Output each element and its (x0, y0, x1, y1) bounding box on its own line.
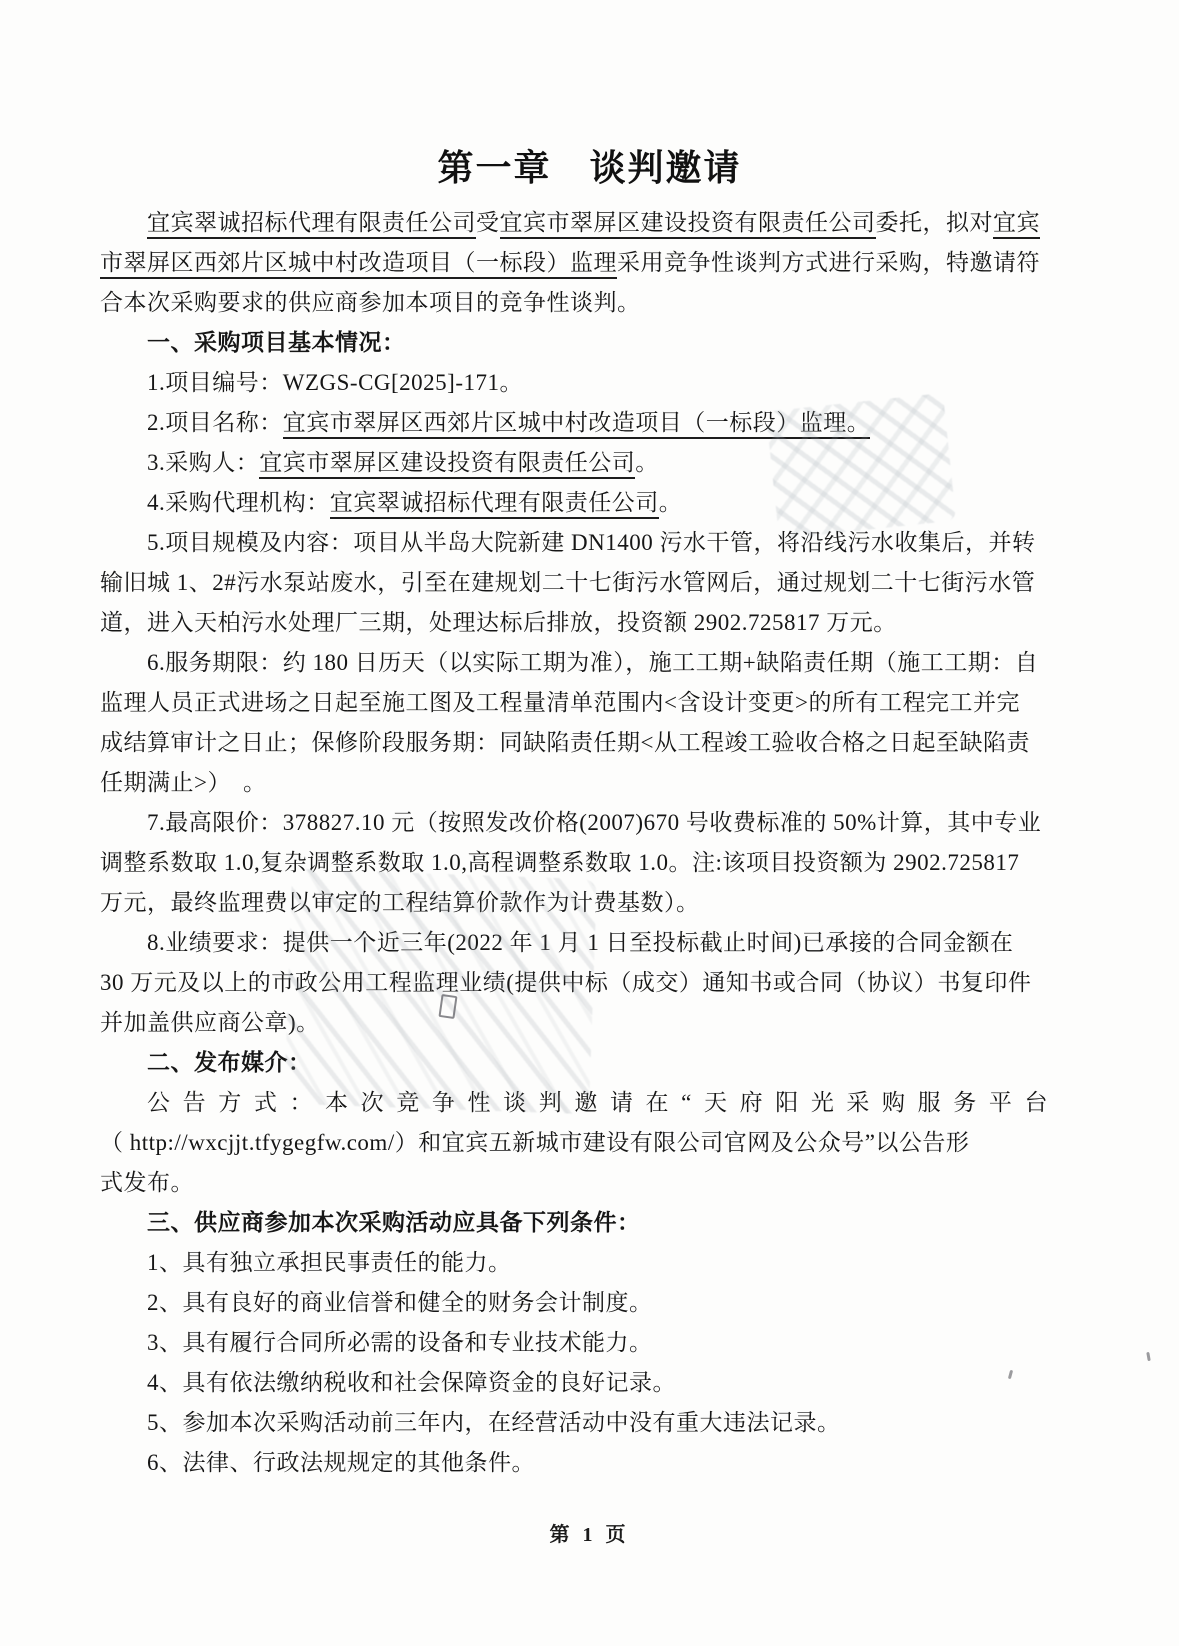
text: 2、具有良好的商业信誉和健全的财务会计制度。 (147, 1290, 653, 1315)
scanned-document-page: 第一章 谈判邀请 宜宾翠诚招标代理有限责任公司受宜宾市翠屏区建设投资有限责任公司… (0, 0, 1179, 1646)
underlined-text: 市翠屏区西郊片区城中村改造项目（一标段）监理 (100, 250, 617, 279)
text-line: 输旧城 1、2#污水泵站废水，引至在建规划二十七街污水管网后，通过规划二十七街污… (100, 563, 1048, 603)
text: 受 (476, 210, 500, 235)
text: 。 (659, 490, 683, 515)
underlined-text: 宜宾市翠屏区西郊片区城中村改造项目（一标段）监理。 (283, 410, 871, 439)
text: 成结算审计之日止；保修阶段服务期：同缺陷责任期<从工程竣工验收合格之日起至缺陷责 (100, 730, 1030, 755)
text: 输旧城 1、2#污水泵站废水，引至在建规划二十七街污水管网后，通过规划二十七街污… (100, 570, 1035, 595)
text: 式发布。 (100, 1170, 194, 1195)
text: 5、参加本次采购活动前三年内，在经营活动中没有重大违法记录。 (147, 1410, 841, 1435)
text: 采用竞争性谈判方式进行采购，特邀请符 (617, 250, 1040, 275)
text-line: 三、供应商参加本次采购活动应具备下列条件： (100, 1203, 1048, 1243)
text-line: 2、具有良好的商业信誉和健全的财务会计制度。 (100, 1283, 1048, 1323)
text-line: 宜宾翠诚招标代理有限责任公司受宜宾市翠屏区建设投资有限责任公司委托，拟对宜宾 (100, 203, 1048, 243)
text: 公告方式：本次竞争性谈判邀请在“天府阳光采购服务平台 (147, 1090, 1048, 1115)
text-line: 监理人员正式进场之日起至施工图及工程量清单范围内<含设计变更>的所有工程完工并完 (100, 683, 1048, 723)
underlined-text: 宜宾翠诚招标代理有限责任公司 (330, 490, 659, 519)
text-line: 公告方式：本次竞争性谈判邀请在“天府阳光采购服务平台 (100, 1083, 1048, 1123)
text: 4.采购代理机构： (147, 490, 330, 515)
text: 6、法律、行政法规规定的其他条件。 (147, 1450, 535, 1475)
page-number: 第 1 页 (0, 1518, 1179, 1547)
underlined-text: 宜宾市翠屏区建设投资有限责任公司 (259, 450, 635, 479)
text: 。 (635, 450, 659, 475)
text-line: 5、参加本次采购活动前三年内，在经营活动中没有重大违法记录。 (100, 1403, 1048, 1443)
text: 4、具有依法缴纳税收和社会保障资金的良好记录。 (147, 1370, 676, 1395)
text-line: 3.采购人：宜宾市翠屏区建设投资有限责任公司。 (100, 443, 1048, 483)
text-line: 1.项目编号：WZGS-CG[2025]-171。 (100, 363, 1048, 403)
text: 三、供应商参加本次采购活动应具备下列条件： (147, 1210, 641, 1235)
text: 调整系数取 1.0,复杂调整系数取 1.0,高程调整系数取 1.0。注:该项目投… (100, 850, 1019, 875)
scan-speck (1146, 1352, 1151, 1361)
text: 5.项目规模及内容：项目从半岛大院新建 DN1400 污水干管，将沿线污水收集后… (147, 530, 1035, 555)
text: 6.服务期限：约 180 日历天（以实际工期为准），施工工期+缺陷责任期（施工工… (147, 650, 1038, 675)
text: 2.项目名称： (147, 410, 283, 435)
text-line: 式发布。 (100, 1163, 1048, 1203)
text: 一、采购项目基本情况： (147, 330, 406, 355)
text-line: 二、发布媒介： (100, 1043, 1048, 1083)
text: 任期满止>） 。 (100, 770, 266, 795)
text: 8.业绩要求：提供一个近三年(2022 年 1 月 1 日至投标截止时间)已承接… (147, 930, 1013, 955)
text-line: 成结算审计之日止；保修阶段服务期：同缺陷责任期<从工程竣工验收合格之日起至缺陷责 (100, 723, 1048, 763)
text-line: （ http://wxcjjt.tfygegfw.com/）和宜宾五新城市建设有… (100, 1123, 1048, 1163)
text-line: 万元，最终监理费以审定的工程结算价款作为计费基数）。 (100, 883, 1048, 923)
text-line: 6.服务期限：约 180 日历天（以实际工期为准），施工工期+缺陷责任期（施工工… (100, 643, 1048, 683)
text-line: 1、具有独立承担民事责任的能力。 (100, 1243, 1048, 1283)
text-line: 5.项目规模及内容：项目从半岛大院新建 DN1400 污水干管，将沿线污水收集后… (100, 523, 1048, 563)
text: 1.项目编号：WZGS-CG[2025]-171。 (147, 370, 523, 395)
text-line: 8.业绩要求：提供一个近三年(2022 年 1 月 1 日至投标截止时间)已承接… (100, 923, 1048, 963)
text: 3、具有履行合同所必需的设备和专业技术能力。 (147, 1330, 653, 1355)
text-line: 6、法律、行政法规规定的其他条件。 (100, 1443, 1048, 1483)
text: 30 万元及以上的市政公用工程监理业绩(提供中标（成交）通知书或合同（协议）书复… (100, 970, 1031, 995)
text: 委托，拟对 (876, 210, 994, 235)
text: 3.采购人： (147, 450, 259, 475)
text-line: 市翠屏区西郊片区城中村改造项目（一标段）监理采用竞争性谈判方式进行采购，特邀请符 (100, 243, 1048, 283)
text-line: 并加盖供应商公章)。 (100, 1003, 1048, 1043)
text-line: 2.项目名称：宜宾市翠屏区西郊片区城中村改造项目（一标段）监理。 (100, 403, 1048, 443)
text: 7.最高限价：378827.10 元（按照发改价格(2007)670 号收费标准… (147, 810, 1041, 835)
text-line: 道，进入天柏污水处理厂三期，处理达标后排放，投资额 2902.725817 万元… (100, 603, 1048, 643)
text: 监理人员正式进场之日起至施工图及工程量清单范围内<含设计变更>的所有工程完工并完 (100, 690, 1020, 715)
text-line: 30 万元及以上的市政公用工程监理业绩(提供中标（成交）通知书或合同（协议）书复… (100, 963, 1048, 1003)
text-line: 3、具有履行合同所必需的设备和专业技术能力。 (100, 1323, 1048, 1363)
text-line: 7.最高限价：378827.10 元（按照发改价格(2007)670 号收费标准… (100, 803, 1048, 843)
text-line: 一、采购项目基本情况： (100, 323, 1048, 363)
text: 1、具有独立承担民事责任的能力。 (147, 1250, 512, 1275)
text: 道，进入天柏污水处理厂三期，处理达标后排放，投资额 2902.725817 万元… (100, 610, 897, 635)
text: （ http://wxcjjt.tfygegfw.com/）和宜宾五新城市建设有… (100, 1130, 969, 1155)
underlined-text: 宜宾市翠屏区建设投资有限责任公司 (500, 210, 876, 239)
text-line: 任期满止>） 。 (100, 763, 1048, 803)
text: 二、发布媒介： (147, 1050, 312, 1075)
underlined-text: 宜宾 (993, 210, 1040, 239)
text-line: 4、具有依法缴纳税收和社会保障资金的良好记录。 (100, 1363, 1048, 1403)
text-line: 合本次采购要求的供应商参加本项目的竞争性谈判。 (100, 283, 1048, 323)
text: 合本次采购要求的供应商参加本项目的竞争性谈判。 (100, 290, 641, 315)
document-body: 宜宾翠诚招标代理有限责任公司受宜宾市翠屏区建设投资有限责任公司委托，拟对宜宾市翠… (100, 203, 1048, 1483)
text-line: 调整系数取 1.0,复杂调整系数取 1.0,高程调整系数取 1.0。注:该项目投… (100, 843, 1048, 883)
text: 万元，最终监理费以审定的工程结算价款作为计费基数）。 (100, 890, 700, 915)
document-title: 第一章 谈判邀请 (0, 0, 1179, 193)
text: 并加盖供应商公章)。 (100, 1010, 320, 1035)
text-line: 4.采购代理机构：宜宾翠诚招标代理有限责任公司。 (100, 483, 1048, 523)
underlined-text: 宜宾翠诚招标代理有限责任公司 (147, 210, 476, 239)
